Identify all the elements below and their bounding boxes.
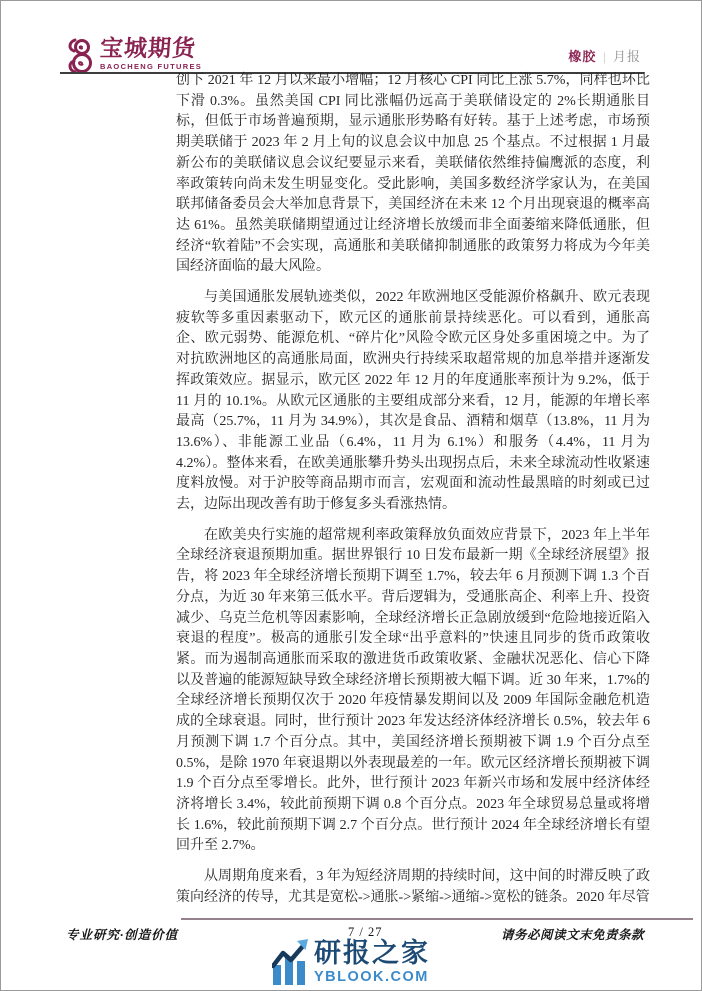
chart-arrow-icon [272, 939, 308, 985]
meta-separator: | [603, 49, 606, 64]
report-meta: 橡胶|月报 [568, 49, 641, 65]
watermark-logo: 研报之家 YBLOOK.COM [272, 939, 430, 985]
report-page: 宝城期货 BAOCHENG FUTURES 橡胶|月报 创下 2021 年 12… [0, 0, 702, 991]
report-type: 月报 [613, 49, 641, 64]
report-category: 橡胶 [568, 49, 596, 64]
paragraph-3: 在欧美央行实施的超常规利率政策释放负面效应背景下，2023 年上半年全球经济衰退… [176, 526, 650, 857]
footer-slogan: 专业研究·创造价值 [66, 925, 178, 943]
report-body: 创下 2021 年 12 月以来最小增幅；12 月核心 CPI 同比上涨 5.7… [176, 71, 650, 908]
footer-divider [181, 918, 693, 920]
watermark-text: 研报之家 YBLOOK.COM [314, 940, 430, 985]
footer-disclaimer: 请务必阅读文末免责条款 [501, 925, 644, 943]
brand-logo: 宝城期货 BAOCHENG FUTURES [65, 37, 202, 75]
baocheng-emblem-icon [65, 37, 97, 75]
brand-text: 宝城期货 BAOCHENG FUTURES [100, 37, 202, 71]
watermark-title: 研报之家 [314, 940, 430, 967]
paragraph-2: 与美国通胀发展轨迹类似，2022 年欧洲地区受能源价格飙升、欧元表现疲软等多重因… [176, 288, 650, 516]
watermark-site: YBLOOK.COM [314, 970, 430, 985]
brand-name-cn: 宝城期货 [99, 37, 203, 60]
paragraph-1: 创下 2021 年 12 月以来最小增幅；12 月核心 CPI 同比上涨 5.7… [176, 71, 650, 278]
brand-name-en: BAOCHENG FUTURES [100, 63, 202, 71]
paragraph-4: 从周期角度来看，3 年为短经济周期的持续时间，这中间的时滞反映了政策向经济的传导… [176, 867, 650, 908]
